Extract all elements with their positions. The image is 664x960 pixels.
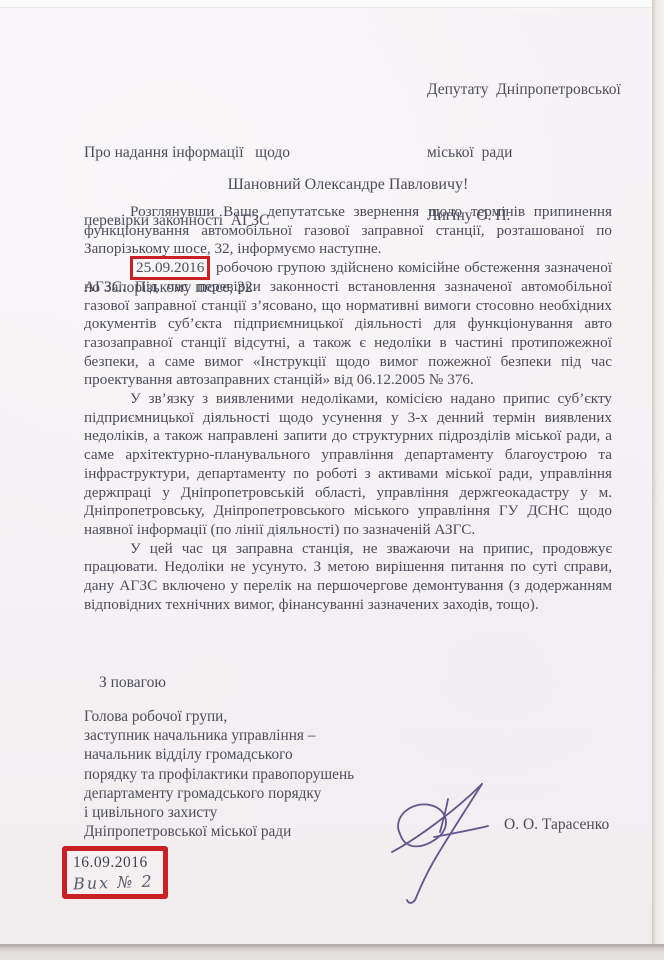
handwritten-signature <box>380 772 520 912</box>
subject-line: Про надання інформації щодо <box>84 142 290 165</box>
highlighted-date: 25.09.2016 <box>130 256 210 280</box>
scan-edge-bottom <box>0 944 664 960</box>
paragraph-4: У цей час ця заправна станція, не зважаю… <box>84 540 612 615</box>
stamp-date: 16.09.2016 <box>73 854 154 872</box>
signer-title-line: Голова робочої групи, <box>84 707 354 726</box>
signer-title-line: заступник начальника управління – <box>84 726 354 745</box>
signer-title-line: і цивільного захисту <box>84 803 354 822</box>
signer-title-line: Дніпропетровської міської ради <box>84 822 354 841</box>
signer-title-line: департаменту громадського порядку <box>84 784 354 803</box>
paragraph-3: У зв’язку з виявленими недоліками, коміс… <box>84 390 612 540</box>
scan-edge-top <box>0 0 664 8</box>
paragraph-2: 25.09.2016 робочою групою здійснено комі… <box>84 259 612 390</box>
recipient-line: Депутату Дніпропетровської <box>427 79 621 100</box>
registration-stamp: 16.09.2016 Вих № 2 <box>62 846 168 899</box>
signer-name: О. О. Тарасенко <box>504 816 609 834</box>
closing-phrase: З повагою <box>99 674 166 692</box>
salutation: Шановний Олександре Павловичу! <box>84 176 612 194</box>
stamp-handwritten-note: Вих № 2 <box>73 872 154 894</box>
scanned-letter: Депутату Дніпропетровської міської ради … <box>0 0 664 960</box>
paragraph-2-text: робочою групою здійснено комісійне обсте… <box>84 259 612 388</box>
paragraph-1: Розглянувши Ваше депутатське звернення щ… <box>84 203 612 259</box>
signature-title-block: Голова робочої групи, заступник начальни… <box>84 707 354 841</box>
signer-title-line: начальник відділу громадського <box>84 745 354 764</box>
letter-body: Розглянувши Ваше депутатське звернення щ… <box>84 203 612 614</box>
recipient-line: міської ради <box>427 142 621 163</box>
signer-title-line: порядку та профілактики правопорушень <box>84 765 354 784</box>
scan-edge-right <box>652 0 664 960</box>
